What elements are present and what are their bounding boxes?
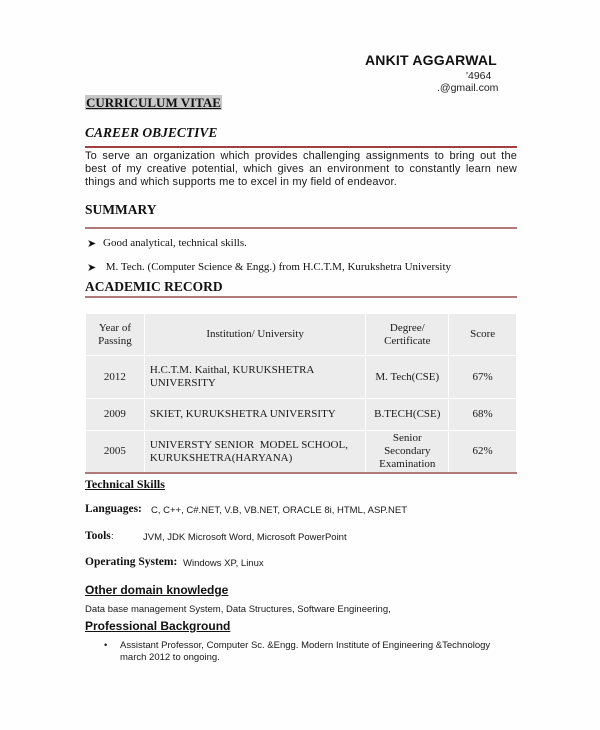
degree-cell: Senior Secondary Examination xyxy=(366,431,449,473)
languages-label: Languages: xyxy=(85,503,142,515)
institution-cell: UNIVERSTY SENIOR MODEL SCHOOL, KURUKSHET… xyxy=(144,431,365,473)
score-cell: 68% xyxy=(449,399,517,431)
arrowhead-bullet-icon: ➤ xyxy=(87,237,96,250)
score-cell: 67% xyxy=(449,356,517,399)
career-objective-text: To serve an organization which provides … xyxy=(85,150,517,189)
section-divider xyxy=(85,296,517,298)
professional-item-line2: march 2012 to ongoing. xyxy=(120,652,220,663)
tools-label: Tools xyxy=(85,530,111,542)
degree-cell: B.TECH(CSE) xyxy=(366,399,449,431)
section-divider xyxy=(85,227,517,229)
professional-item-line1: Assistant Professor, Computer Sc. &Engg.… xyxy=(120,640,490,651)
table-row: 2012 H.C.T.M. Kaithal, KURUKSHETRA UNIVE… xyxy=(86,356,517,399)
year-cell: 2012 xyxy=(86,356,145,399)
resume-page: ANKIT AGGARWAL '4964 .@gmail.com CURRICU… xyxy=(0,0,600,730)
year-cell: 2005 xyxy=(86,431,145,473)
column-header: Score xyxy=(449,314,517,356)
technical-skills-heading: Technical Skills xyxy=(85,477,165,492)
column-header: Institution/ University xyxy=(144,314,365,356)
arrowhead-bullet-icon: ➤ xyxy=(87,261,96,274)
academic-record-heading: ACADEMIC RECORD xyxy=(85,279,223,295)
languages-value: C, C++, C#.NET, V.B, VB.NET, ORACLE 8i, … xyxy=(151,505,407,516)
section-divider xyxy=(85,472,517,474)
other-domain-text: Data base management System, Data Struct… xyxy=(85,604,391,615)
score-cell: 62% xyxy=(449,431,517,473)
institution-cell: SKIET, KURUKSHETRA UNIVERSITY xyxy=(144,399,365,431)
email-address: .@gmail.com xyxy=(437,82,498,94)
tools-colon: : xyxy=(111,531,114,542)
institution-cell: H.C.T.M. Kaithal, KURUKSHETRA UNIVERSITY xyxy=(144,356,365,399)
tools-value: JVM, JDK Microsoft Word, Microsoft Power… xyxy=(143,532,347,543)
professional-background-heading: Professional Background xyxy=(85,619,230,633)
section-divider xyxy=(85,146,517,148)
column-header: Degree/ Certificate xyxy=(366,314,449,356)
summary-item: M. Tech. (Computer Science & Engg.) from… xyxy=(103,261,451,273)
operating-system-label: Operating System: xyxy=(85,556,177,568)
other-domain-heading: Other domain knowledge xyxy=(85,583,228,597)
academic-record-table: Year of Passing Institution/ University … xyxy=(85,313,517,473)
year-cell: 2009 xyxy=(86,399,145,431)
degree-cell: M. Tech(CSE) xyxy=(366,356,449,399)
summary-heading: SUMMARY xyxy=(85,202,157,218)
document-title: CURRICULUM VITAE xyxy=(85,95,222,110)
candidate-name: ANKIT AGGARWAL xyxy=(365,52,497,68)
table-row: 2005 UNIVERSTY SENIOR MODEL SCHOOL, KURU… xyxy=(86,431,517,473)
table-header-row: Year of Passing Institution/ University … xyxy=(86,314,517,356)
round-bullet-icon: • xyxy=(104,640,107,651)
career-objective-heading: CAREER OBJECTIVE xyxy=(85,125,217,141)
column-header: Year of Passing xyxy=(86,314,145,356)
operating-system-value: Windows XP, Linux xyxy=(183,558,264,569)
table-row: 2009 SKIET, KURUKSHETRA UNIVERSITY B.TEC… xyxy=(86,399,517,431)
phone-number: '4964 xyxy=(466,70,491,82)
summary-item: Good analytical, technical skills. xyxy=(103,237,247,249)
